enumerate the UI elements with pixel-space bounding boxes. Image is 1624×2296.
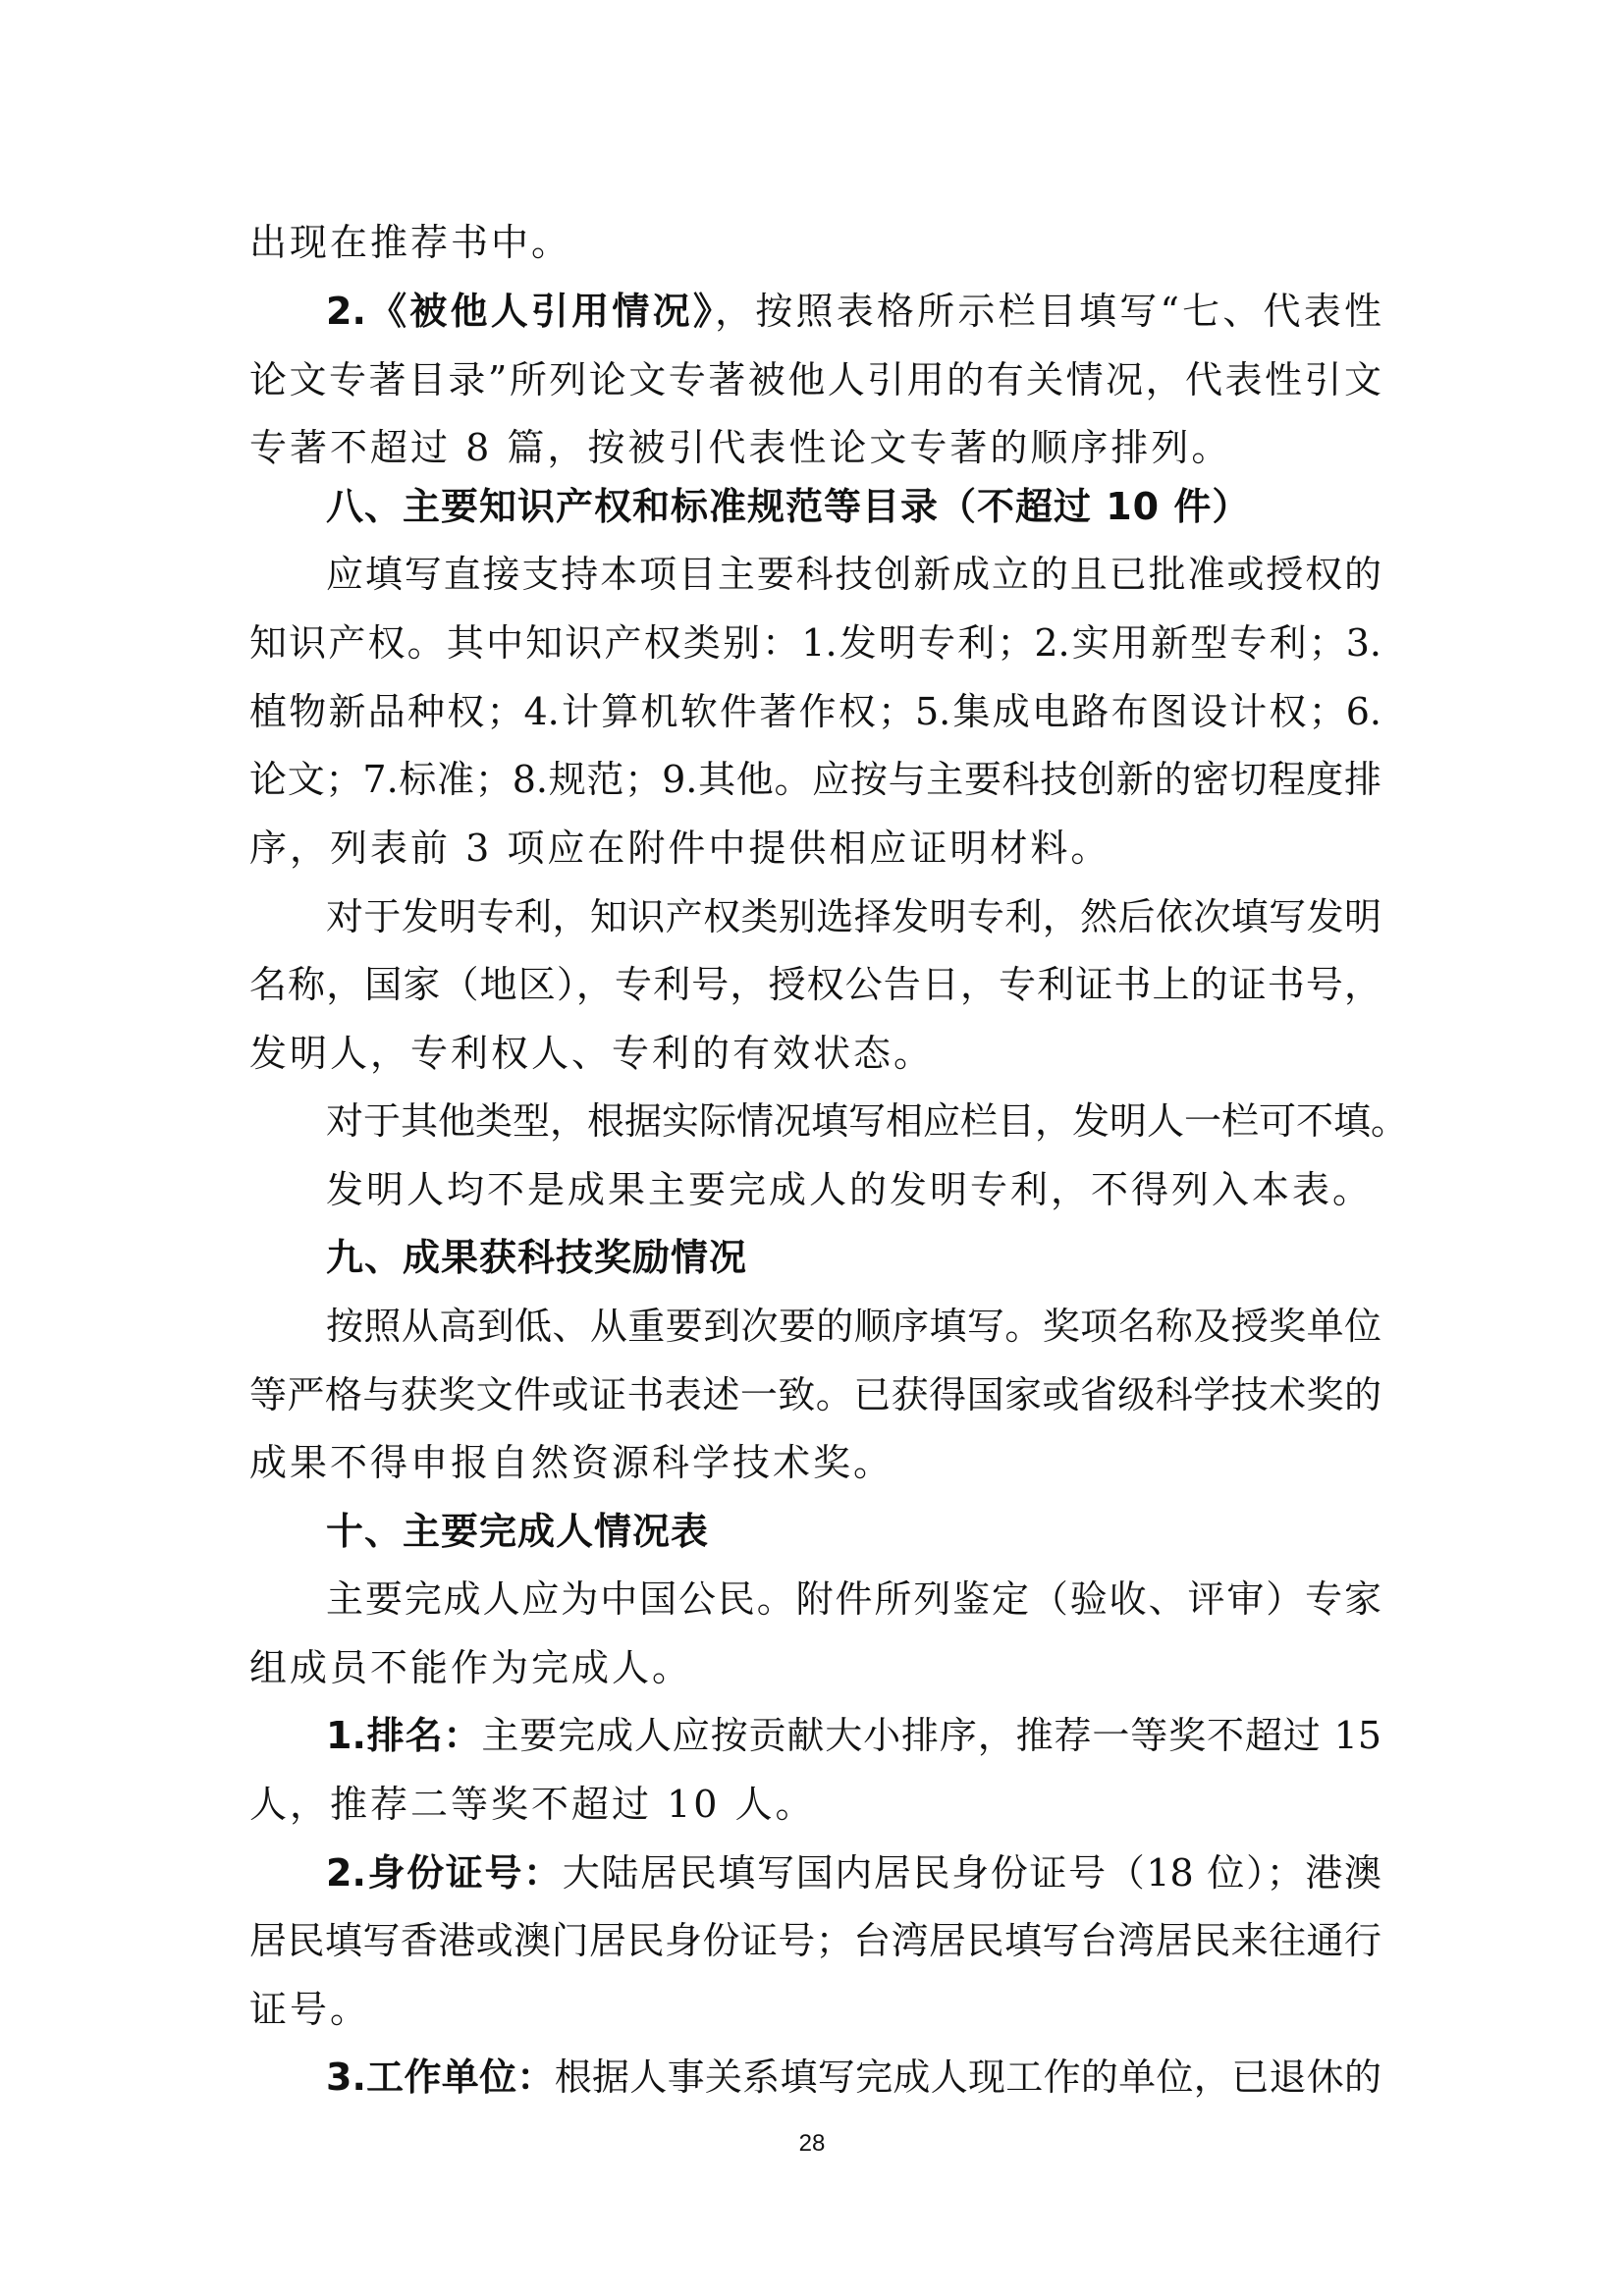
paragraph-line: 名称，国家（地区），专利号，授权公告日，专利证书上的证书号， <box>249 960 1381 1009</box>
paragraph-line: 3.工作单位：根据人事关系填写完成人现工作的单位，已退休的 <box>326 2053 1381 2102</box>
item-lead: 3.工作单位： <box>326 2056 555 2099</box>
item-text: 根据人事关系填写完成人现工作的单位，已退休的 <box>555 2056 1381 2099</box>
item-lead: 2.身份证号： <box>326 1851 563 1895</box>
paragraph-line: 居民填写香港或澳门居民身份证号；台湾居民填写台湾居民来往通行 <box>249 1916 1381 1965</box>
item-lead: 1.排名： <box>326 1714 481 1757</box>
paragraph-line: 论文；7.标准；8.规范；9.其他。应按与主要科技创新的密切程度排 <box>249 755 1381 804</box>
paragraph-line: 成果不得申报自然资源科学技术奖。 <box>249 1438 1381 1487</box>
paragraph-line: 2.《被他人引用情况》，按照表格所示栏目填写“七、代表性 <box>326 287 1381 336</box>
paragraph-line: 证号。 <box>249 1985 1381 2034</box>
paragraph-line: 人，推荐二等奖不超过 10 人。 <box>249 1780 1381 1829</box>
page-number: 28 <box>763 2130 861 2158</box>
paragraph-line: 对于其他类型，根据实际情况填写相应栏目，发明人一栏可不填。 <box>326 1096 1381 1146</box>
paragraph-line: 知识产权。其中知识产权类别：1.发明专利；2.实用新型专利；3. <box>249 618 1381 667</box>
item-text: 大陆居民填写国内居民身份证号（18 位）；港澳 <box>563 1851 1381 1895</box>
paragraph-line: 发明人，专利权人、专利的有效状态。 <box>249 1029 1381 1078</box>
paragraph-line: 按照从高到低、从重要到次要的顺序填写。奖项名称及授奖单位 <box>326 1302 1381 1351</box>
paragraph-line: 植物新品种权；4.计算机软件著作权；5.集成电路布图设计权；6. <box>249 687 1381 736</box>
paragraph-line: 发明人均不是成果主要完成人的发明专利，不得列入本表。 <box>326 1165 1381 1214</box>
paragraph-line: 等严格与获奖文件或证书表述一致。已获得国家或省级科学技术奖的 <box>249 1370 1381 1419</box>
section-heading-8: 八、主要知识产权和标准规范等目录（不超过 10 件） <box>326 482 1381 531</box>
paragraph-line: 组成员不能作为完成人。 <box>249 1643 1381 1692</box>
paragraph-line: 应填写直接支持本项目主要科技创新成立的且已批准或授权的 <box>326 550 1381 599</box>
paragraph-line: 2.身份证号：大陆居民填写国内居民身份证号（18 位）；港澳 <box>326 1848 1381 1897</box>
section-heading-10: 十、主要完成人情况表 <box>326 1507 1381 1556</box>
paragraph-line: 1.排名：主要完成人应按贡献大小排序，推荐一等奖不超过 15 <box>326 1711 1381 1760</box>
paragraph-line: 专著不超过 8 篇，按被引代表性论文专著的顺序排列。 <box>249 423 1381 472</box>
paragraph-line: 论文专著目录”所列论文专著被他人引用的有关情况，代表性引文 <box>249 355 1381 404</box>
item-lead: 2.《被他人引用情况》 <box>326 290 715 333</box>
paragraph-line: 出现在推荐书中。 <box>249 218 1381 267</box>
paragraph-line: 对于发明专利，知识产权类别选择发明专利，然后依次填写发明 <box>326 892 1381 941</box>
item-text: 主要完成人应按贡献大小排序，推荐一等奖不超过 15 <box>481 1714 1381 1757</box>
paragraph-line: 主要完成人应为中国公民。附件所列鉴定（验收、评审）专家 <box>326 1575 1381 1624</box>
paragraph-line: 序，列表前 3 项应在附件中提供相应证明材料。 <box>249 824 1381 873</box>
section-heading-9: 九、成果获科技奖励情况 <box>326 1233 1381 1282</box>
item-text: ，按照表格所示栏目填写“七、代表性 <box>715 290 1381 333</box>
